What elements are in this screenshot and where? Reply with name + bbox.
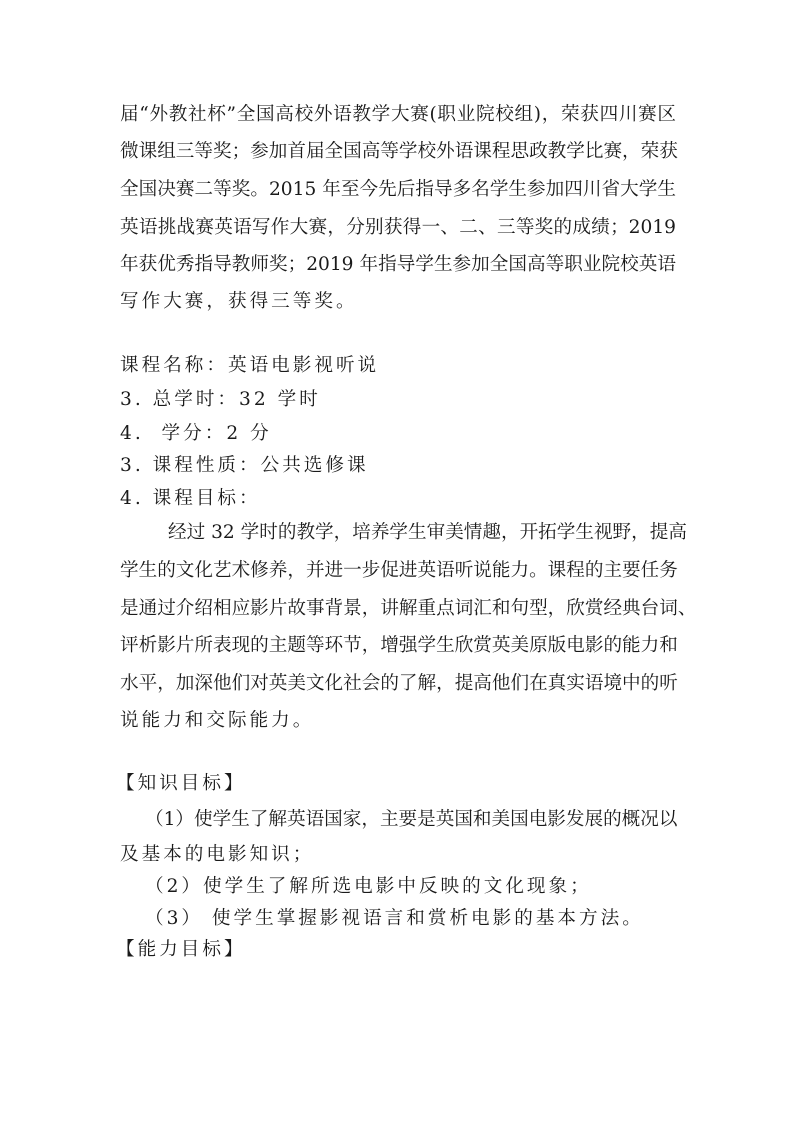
intro-line: 全国决赛二等奖。2015 年至今先后指导多名学生参加四川省大学生 [120, 178, 676, 202]
course-name: 课程名称：英语电影视听说 [120, 354, 676, 378]
goal-line: 评析影片所表现的主题等环节，增强学生欣赏英美原版电影的能力和 [120, 634, 676, 658]
goal-line: 学生的文化艺术修养，并进一步促进英语听说能力。课程的主要任务 [120, 559, 676, 583]
course-credits: 4. 学分：2 分 [120, 422, 676, 446]
course-hours: 3. 总学时：32 学时 [120, 388, 676, 412]
intro-line: 英语挑战赛英语写作大赛，分别获得一、二、三等奖的成绩；2019 [120, 216, 676, 240]
knowledge-goals-heading: 【知识目标】 [116, 772, 672, 796]
course-nature: 3. 课程性质：公共选修课 [120, 454, 676, 478]
intro-line: 年获优秀指导教师奖；2019 年指导学生参加全国高等职业院校英语 [120, 253, 676, 277]
intro-line: 届“外教社杯”全国高校外语教学大赛(职业院校组)，荣获四川赛区 [120, 103, 676, 127]
goal-line: 是通过介绍相应影片故事背景，讲解重点词汇和句型，欣赏经典台词、 [120, 597, 676, 621]
goal-line: 说能力和交际能力。 [120, 709, 676, 733]
knowledge-goal-item: （3） 使学生掌握影视语言和赏析电影的基本方法。 [145, 907, 701, 931]
intro-line: 写作大赛，获得三等奖。 [120, 290, 676, 314]
intro-line: 微课组三等奖；参加首届全国高等学校外语课程思政教学比赛，荣获 [120, 140, 676, 164]
knowledge-goal-item: （1）使学生了解英语国家，主要是英国和美国电影发展的概况以 [145, 808, 676, 832]
goal-line: 水平，加深他们对英美文化社会的了解，提高他们在真实语境中的听 [120, 672, 676, 696]
knowledge-goal-item: 及基本的电影知识； [120, 843, 676, 867]
course-goal-heading: 4. 课程目标： [120, 487, 676, 511]
document-page: 届“外教社杯”全国高校外语教学大赛(职业院校组)，荣获四川赛区 微课组三等奖；参… [0, 0, 793, 1122]
knowledge-goal-item: （2）使学生了解所选电影中反映的文化现象； [145, 875, 701, 899]
goal-line: 经过 32 学时的教学，培养学生审美情趣，开拓学生视野，提高 [168, 521, 676, 545]
ability-goals-heading: 【能力目标】 [116, 938, 672, 962]
